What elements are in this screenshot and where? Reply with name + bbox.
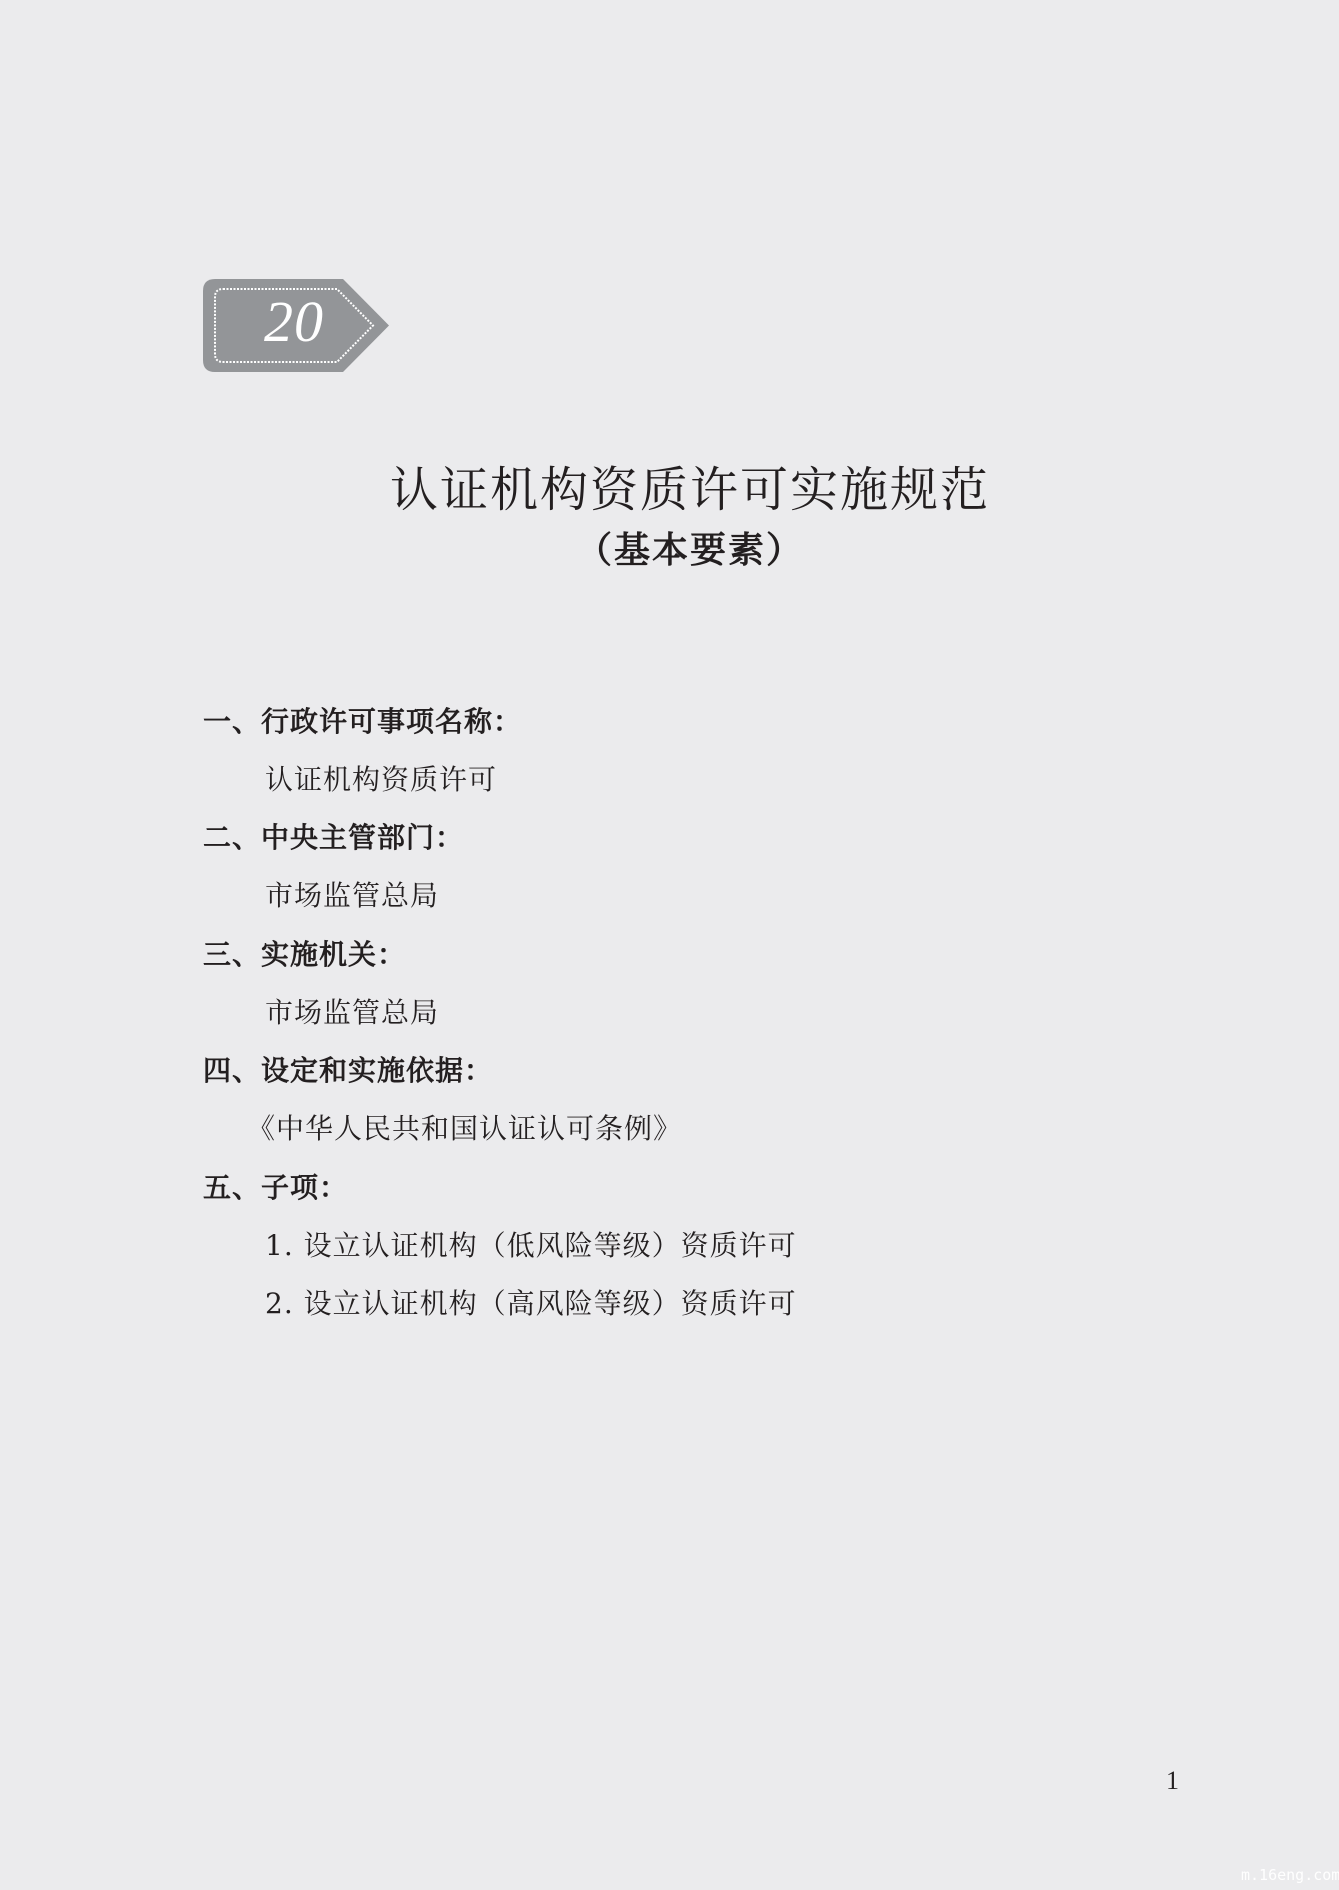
chapter-number: 20 [239,287,349,357]
section-heading: 五、子项： [203,1168,1203,1208]
document-title: 认证机构资质许可实施规范 [0,458,1339,522]
section-item-name: 一、行政许可事项名称： 认证机构资质许可 [203,702,1203,800]
section-content: 市场监管总局 [203,876,1203,916]
sub-item: 2. 设立认证机构（高风险等级）资质许可 [203,1284,1203,1324]
section-sub-items: 五、子项： 1. 设立认证机构（低风险等级）资质许可 2. 设立认证机构（高风险… [203,1168,1203,1324]
chapter-number-badge: 20 [203,279,389,372]
section-heading: 三、实施机关： [203,935,1203,975]
section-legal-basis: 四、设定和实施依据： 《中华人民共和国认证认可条例》 [203,1051,1203,1149]
section-content: 认证机构资质许可 [203,760,1203,800]
section-implementing-agency: 三、实施机关： 市场监管总局 [203,935,1203,1033]
page-number: 1 [1166,1766,1179,1796]
section-content: 市场监管总局 [203,993,1203,1033]
document-subtitle: （基本要素） [0,522,1339,578]
section-content: 《中华人民共和国认证认可条例》 [203,1109,1203,1149]
section-central-authority: 二、中央主管部门： 市场监管总局 [203,818,1203,916]
sub-item: 1. 设立认证机构（低风险等级）资质许可 [203,1226,1203,1266]
section-heading: 二、中央主管部门： [203,818,1203,858]
section-heading: 四、设定和实施依据： [203,1051,1203,1091]
watermark: m.16eng.com [1241,1866,1339,1884]
section-heading: 一、行政许可事项名称： [203,702,1203,742]
